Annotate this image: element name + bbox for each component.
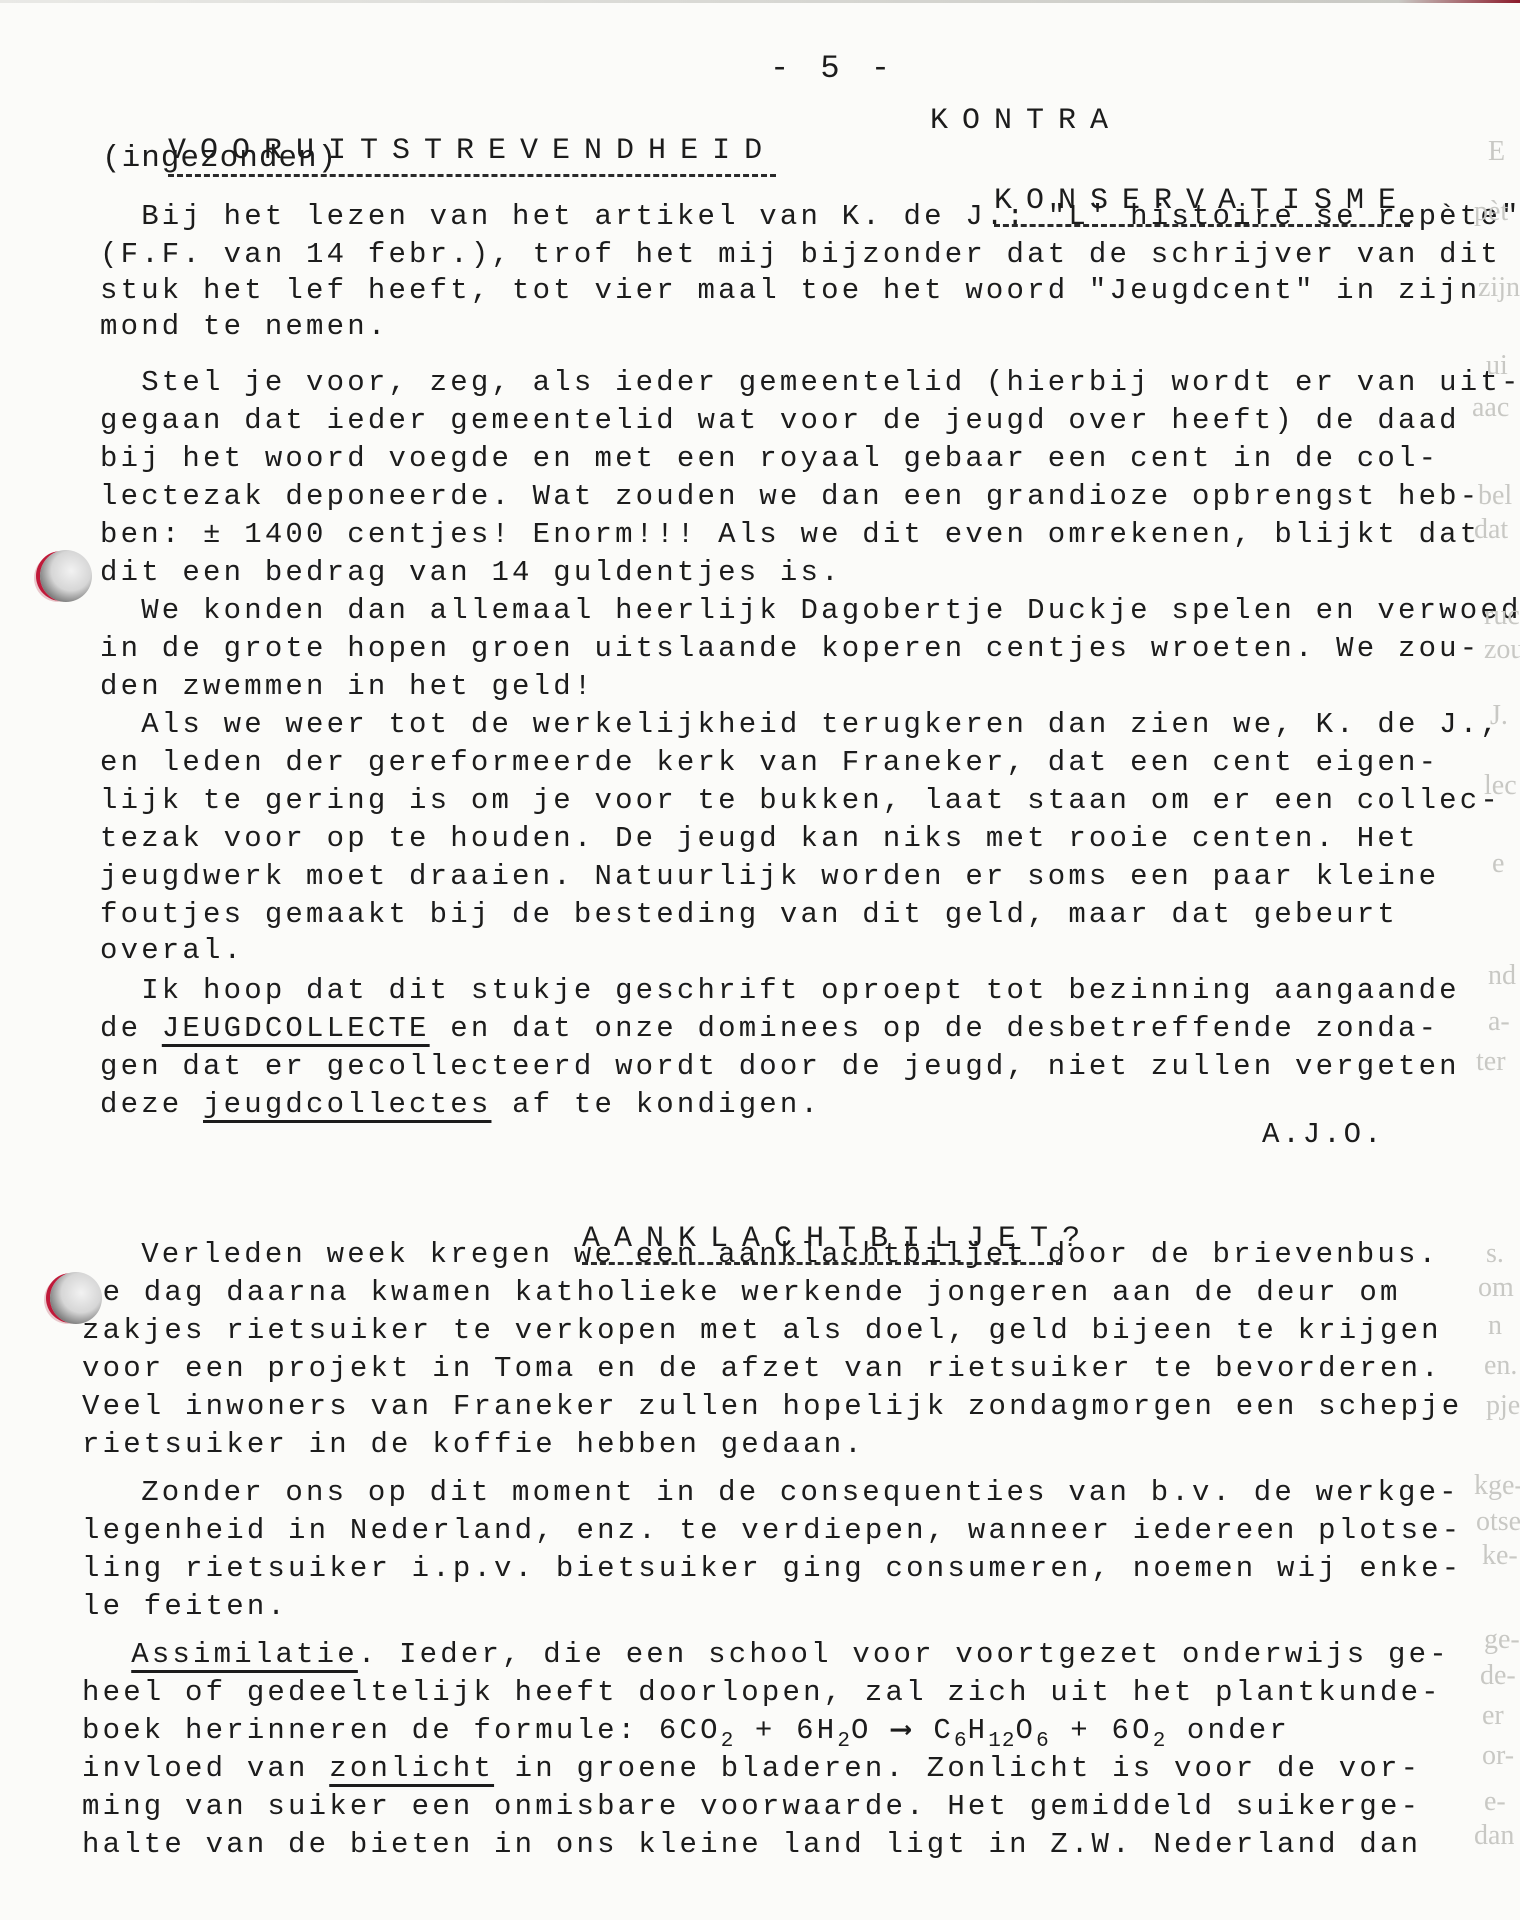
text-line: Als we weer tot de werkelijkheid terugke… bbox=[100, 708, 1501, 742]
punch-hole-icon bbox=[50, 1272, 102, 1324]
text-line: lijk te gering is om je voor te bukken, … bbox=[100, 784, 1501, 818]
text-line: De dag daarna kwamen katholieke werkende… bbox=[82, 1276, 1401, 1310]
text-line: jeugdwerk moet draaien. Natuurlijk worde… bbox=[100, 860, 1439, 894]
text-line: Ik hoop dat dit stukje geschrift oproept… bbox=[100, 974, 1460, 1008]
text-line: Bij het lezen van het artikel van K. de … bbox=[100, 200, 1520, 234]
emphasis-jeugdcollectes: jeugdcollectes bbox=[203, 1088, 491, 1121]
text-line-zonlicht: invloed van zonlicht in groene bladeren.… bbox=[82, 1752, 1421, 1786]
text-line: heel of gedeeltelijk heeft doorlopen, za… bbox=[82, 1676, 1442, 1710]
text-line-deze: deze jeugdcollectes af te kondigen. bbox=[100, 1088, 821, 1122]
text-line: en leden der gereformeerde kerk van Fran… bbox=[100, 746, 1439, 780]
page-top-edge bbox=[0, 0, 1520, 3]
text-line: ming van suiker een onmisbare voorwaarde… bbox=[82, 1790, 1421, 1824]
text-line: den zwemmen in het geld! bbox=[100, 670, 594, 704]
article1-subtitle: (ingezonden) bbox=[102, 142, 337, 176]
text-line: We konden dan allemaal heerlijk Dagobert… bbox=[100, 594, 1520, 628]
text-line-assimilatie: Assimilatie. Ieder, die een school voor … bbox=[90, 1638, 1450, 1672]
text-line: bij het woord voegde en met een royaal g… bbox=[100, 442, 1439, 476]
text-line: overal. bbox=[100, 934, 244, 968]
page-number: - 5 - bbox=[770, 50, 896, 87]
text-line: Verleden week kregen we een aanklachtbil… bbox=[100, 1238, 1439, 1272]
reaction-arrow-icon: ⟶ bbox=[892, 1714, 913, 1747]
text-line: legenheid in Nederland, enz. te verdiepe… bbox=[82, 1514, 1462, 1548]
text-line: ben: ± 1400 centjes! Enorm!!! Als we dit… bbox=[100, 518, 1480, 552]
text-line: foutjes gemaakt bij de besteding van dit… bbox=[100, 898, 1398, 932]
text-line: gen dat er gecollecteerd wordt door de j… bbox=[100, 1050, 1460, 1084]
text-line: Stel je voor, zeg, als ieder gemeentelid… bbox=[100, 366, 1520, 400]
text-line: rietsuiker in de koffie hebben gedaan. bbox=[82, 1428, 865, 1462]
text-line: in de grote hopen groen uitslaande koper… bbox=[100, 632, 1480, 666]
text-line: le feiten. bbox=[82, 1590, 288, 1624]
text-line: voor een projekt in Toma en de afzet van… bbox=[82, 1352, 1442, 1386]
emphasis-jeugdcollecte: JEUGDCOLLECTE bbox=[162, 1012, 430, 1045]
text-line: mond te nemen. bbox=[100, 310, 388, 344]
text-line: lectezak deponeerde. Wat zouden we dan e… bbox=[100, 480, 1480, 514]
text-line: Veel inwoners van Franeker zullen hopeli… bbox=[82, 1390, 1462, 1424]
text-line: (F.F. van 14 febr.), trof het mij bijzon… bbox=[100, 238, 1501, 272]
emphasis-assimilatie: Assimilatie bbox=[131, 1638, 358, 1671]
text-line: dit een bedrag van 14 guldentjes is. bbox=[100, 556, 842, 590]
text-line: ling rietsuiker i.p.v. bietsuiker ging c… bbox=[82, 1552, 1462, 1586]
emphasis-zonlicht: zonlicht bbox=[329, 1752, 494, 1785]
text-line: Zonder ons op dit moment in de consequen… bbox=[100, 1476, 1460, 1510]
article1-signature: A.J.O. bbox=[1262, 1118, 1384, 1151]
text-line-jeugdcollecte: de JEUGDCOLLECTE en dat onze dominees op… bbox=[100, 1012, 1439, 1046]
punch-hole-icon bbox=[40, 550, 92, 602]
text-line: halte van de bieten in ons kleine land l… bbox=[82, 1828, 1421, 1862]
text-line: gegaan dat ieder gemeentelid wat voor de… bbox=[100, 404, 1460, 438]
text-line: tezak voor op te houden. De jeugd kan ni… bbox=[100, 822, 1419, 856]
text-line: zakjes rietsuiker te verkopen met als do… bbox=[82, 1314, 1442, 1348]
article1-title-kontra: KONTRA bbox=[930, 104, 1122, 138]
text-line: stuk het lef heeft, tot vier maal toe he… bbox=[100, 274, 1480, 308]
